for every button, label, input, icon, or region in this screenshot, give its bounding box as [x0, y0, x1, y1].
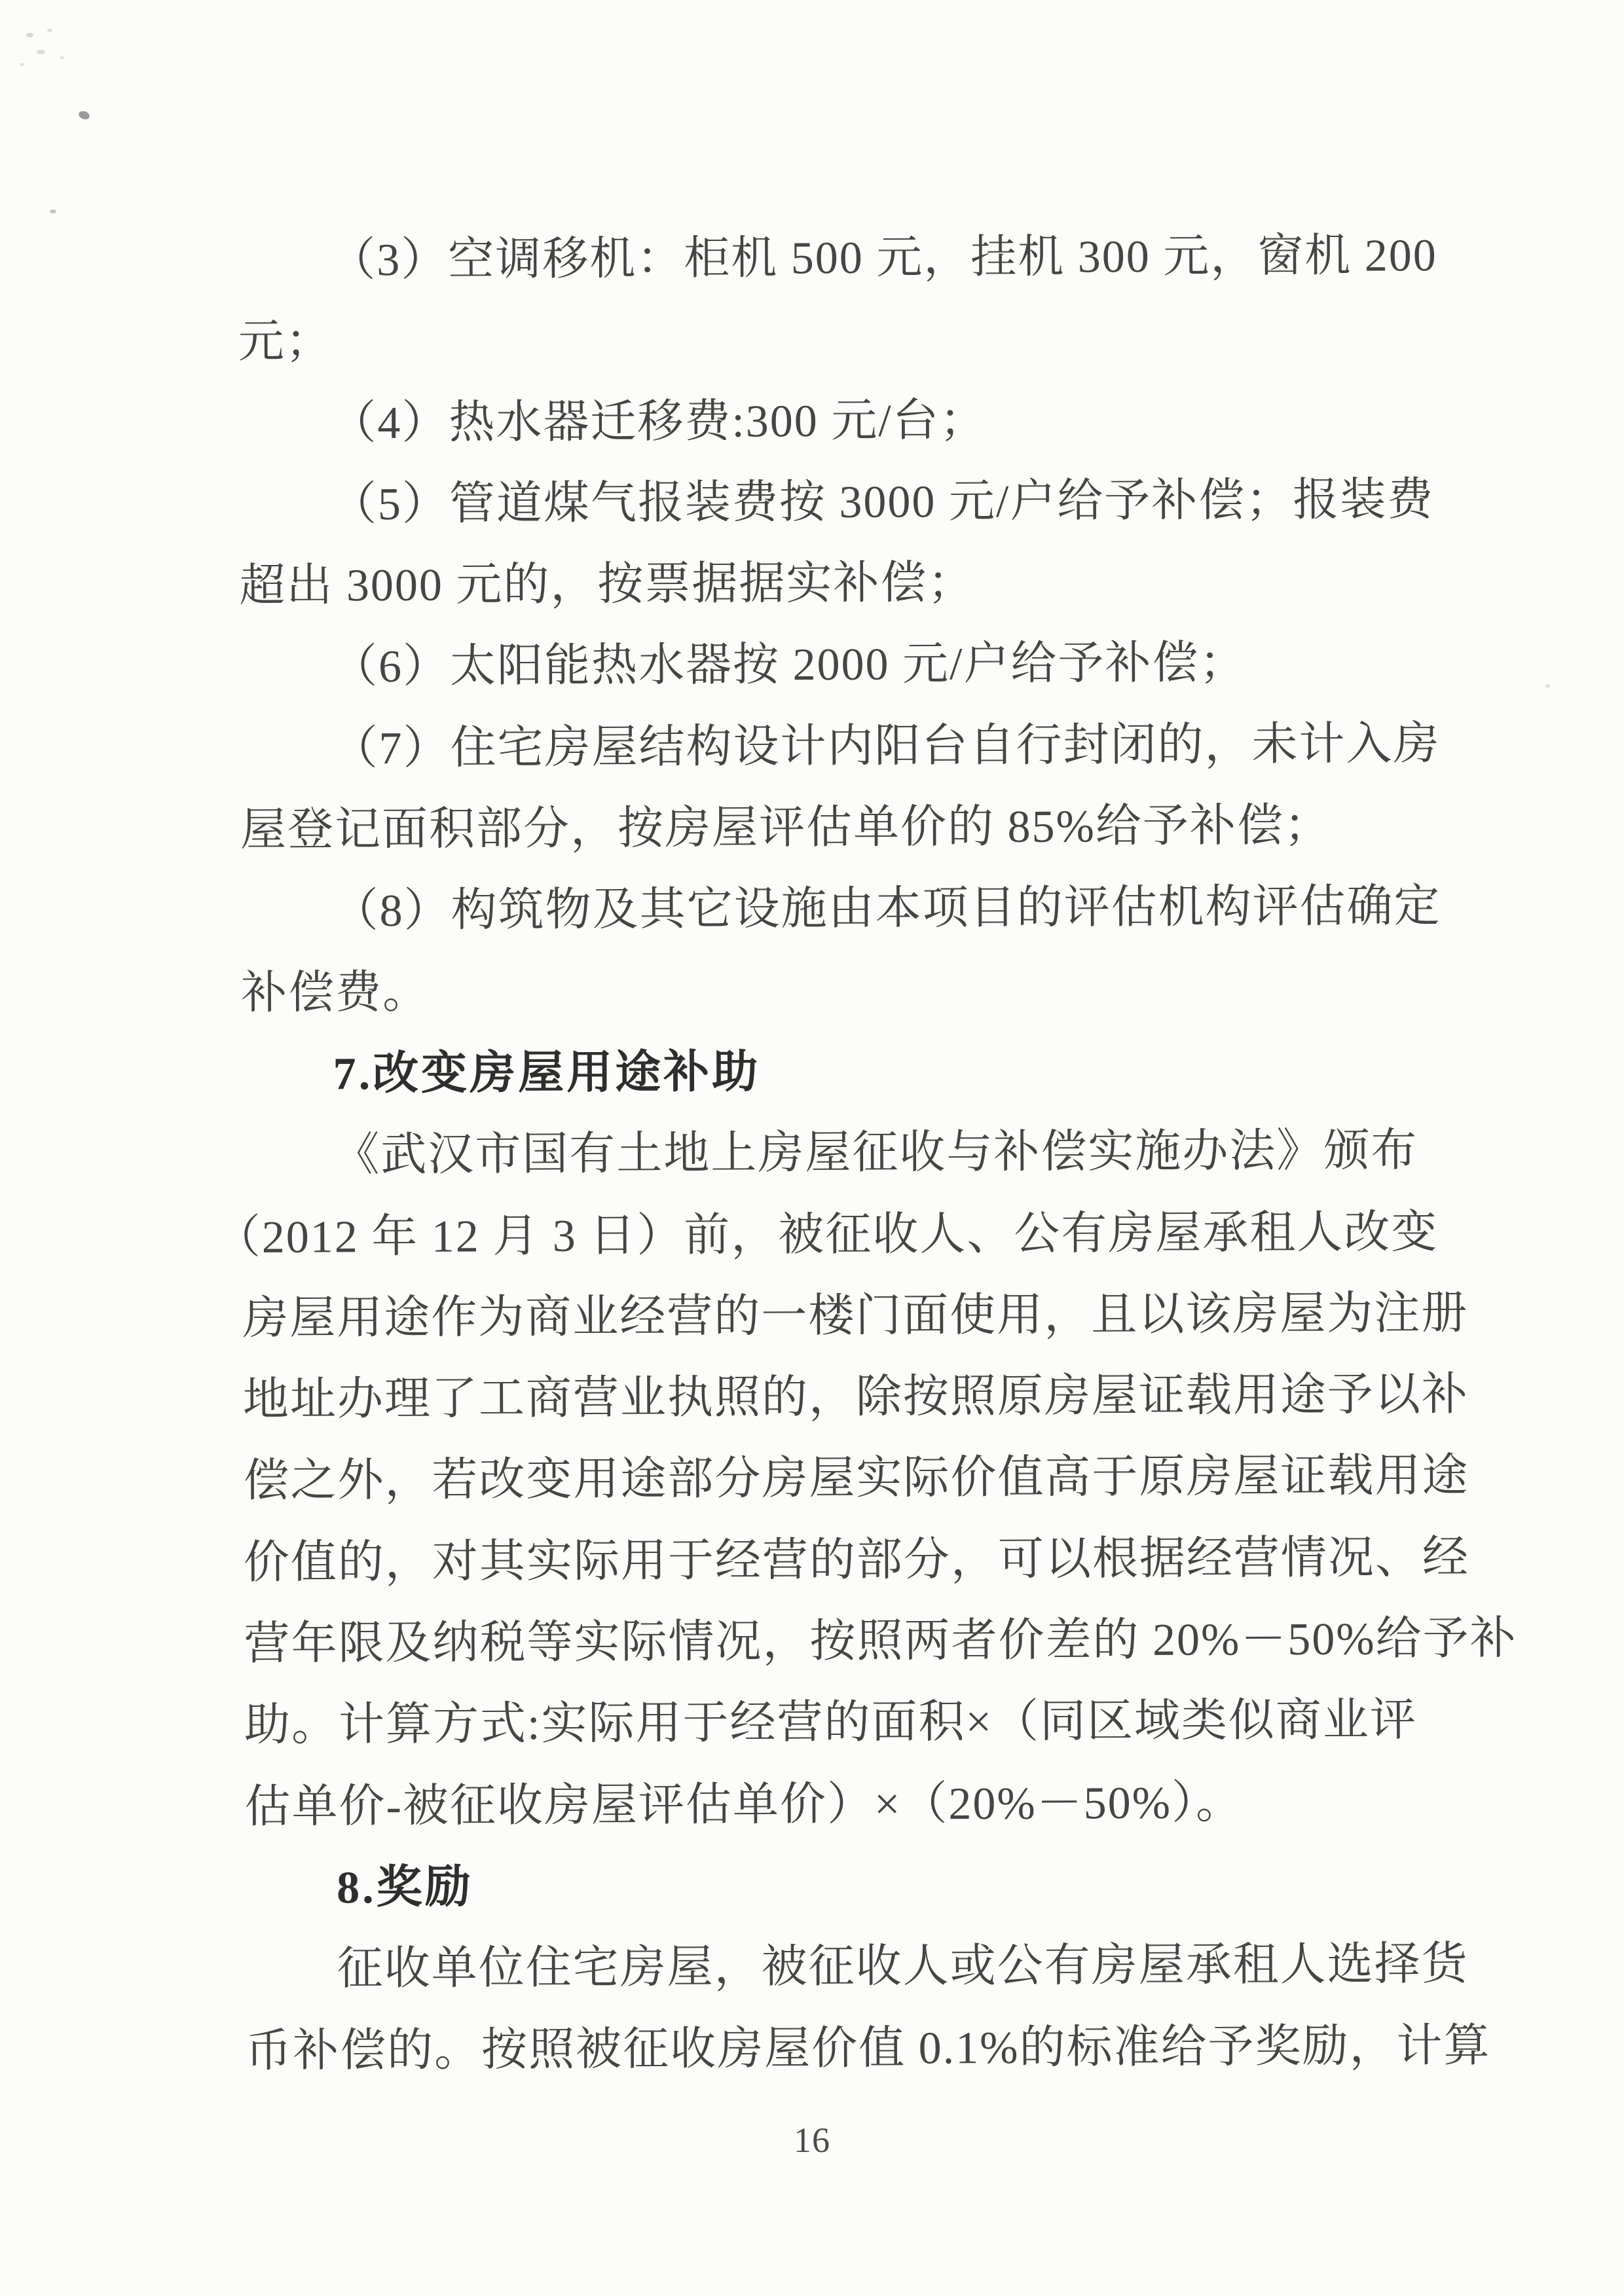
scan-speck — [26, 33, 33, 37]
scan-speck — [77, 109, 90, 120]
text-line: 价值的，对其实际用于经营的部分，可以根据经营情况、经 — [244, 1518, 1423, 1604]
text-line: 房屋用途作为商业经营的一楼门面使用，且以该房屋为注册 — [242, 1273, 1422, 1360]
text-line: （2012 年 12 月 3 日）前，被征收人、公有房屋承租人改变 — [215, 1192, 1422, 1279]
text-line: 偿之外，若改变用途部分房屋实际价值高于原房屋证载用途 — [243, 1436, 1422, 1523]
text-line: 币补偿的。按照被征收房屋价值 0.1%的标准给予奖励，计算 — [246, 2006, 1425, 2092]
text-line: （6）太阳能热水器按 2000 元/户给予补偿； — [240, 623, 1419, 709]
text-line: （5）管道煤气报装费按 3000 元/户给予补偿；报装费 — [239, 460, 1418, 546]
scan-speck — [50, 210, 56, 213]
document-page: （3）空调移机：柜机 500 元，挂机 300 元，窗机 200 元； （4）热… — [0, 0, 1624, 2296]
text-line: 元； — [238, 297, 1418, 383]
text-line: 补偿费。 — [241, 948, 1420, 1034]
scan-speck — [1545, 684, 1550, 688]
text-line: 征收单位住宅房屋，被征收人或公有房屋承租人选择货 — [245, 1924, 1424, 2011]
scan-speck — [20, 63, 24, 66]
text-line: （7）住宅房屋结构设计内阳台自行封闭的，未计入房 — [240, 704, 1419, 790]
text-line: 屋登记面积部分，按房屋评估单价的 85%给予补偿； — [240, 785, 1420, 871]
text-line: （8）构筑物及其它设施由本项目的评估机构评估确定 — [240, 867, 1420, 953]
scan-speck — [37, 50, 45, 54]
text-line: 地址办理了工商营业执照的，除按照原房屋证载用途予以补 — [243, 1355, 1422, 1441]
text-line: 助。计算方式:实际用于经营的面积×（同区域类似商业评 — [244, 1680, 1424, 1766]
text-line: 超出 3000 元的，按票据据实补偿； — [239, 541, 1418, 627]
section-heading: 7.改变房屋用途补助 — [241, 1029, 1420, 1116]
page-number: 16 — [0, 2120, 1624, 2160]
scan-speck — [47, 29, 52, 32]
text-line: 营年限及纳税等实际情况，按照两者价差的 20%－50%给予补 — [244, 1599, 1423, 1685]
text-line: 《武汉市国有土地上房屋征收与补偿实施办法》颁布 — [242, 1110, 1421, 1197]
text-line: 估单价-被征收房屋评估单价）×（20%－50%）。 — [244, 1762, 1424, 1848]
text-line: （3）空调移机：柜机 500 元，挂机 300 元，窗机 200 — [238, 215, 1417, 302]
scan-speck — [60, 56, 64, 59]
text-line: （4）热水器迁移费:300 元/台； — [238, 378, 1418, 465]
section-heading: 8.奖励 — [245, 1843, 1424, 1929]
document-text-block: （3）空调移机：柜机 500 元，挂机 300 元，窗机 200 元； （4）热… — [238, 215, 1424, 2092]
